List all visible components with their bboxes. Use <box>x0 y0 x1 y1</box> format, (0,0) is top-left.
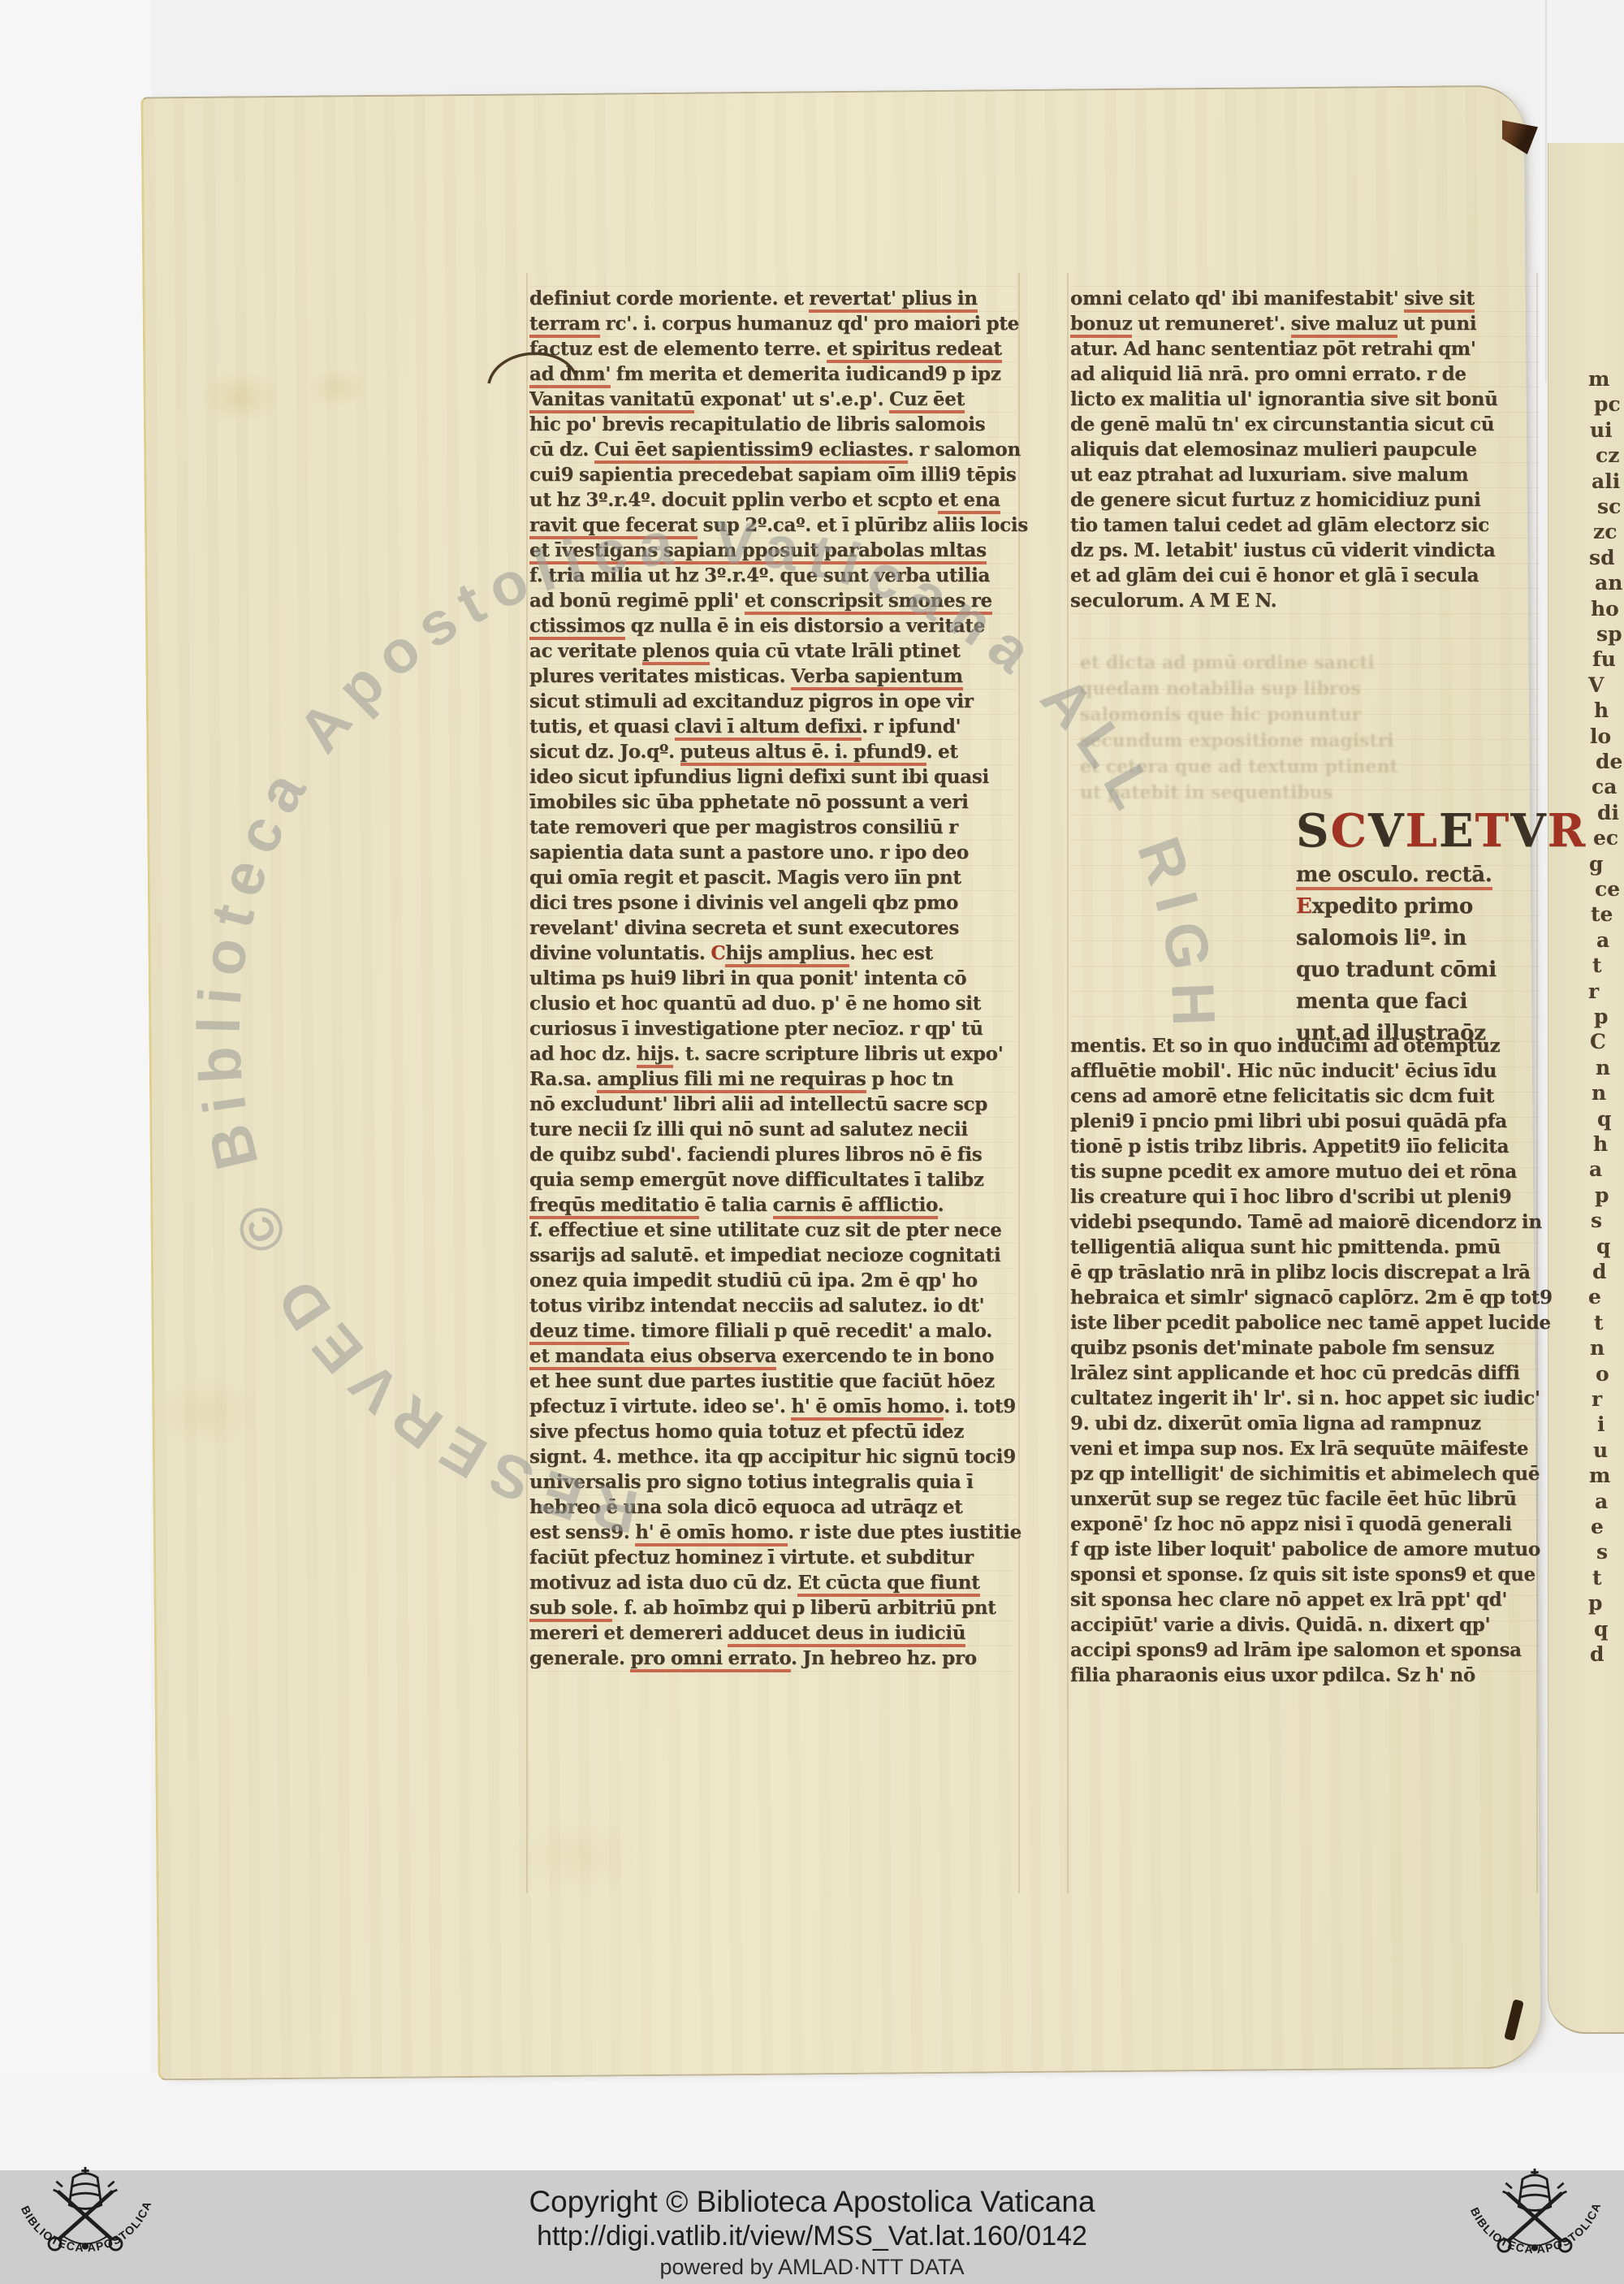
manuscript-line: accipi spons9 ad lrām ipe salomon et spo… <box>1070 1637 1540 1663</box>
manuscript-line: onez quia impedit studiū cū ipa. 2m ē qp… <box>529 1268 1017 1293</box>
manuscript-line: sponsi et sponse. ſz quis sit iste spons… <box>1070 1562 1540 1587</box>
manuscript-line: bonuz ut remuneret'. sive maluz ut puni <box>1070 311 1540 336</box>
manuscript-line: f. effectiue et sine utilitate cuz sit d… <box>529 1218 1017 1243</box>
manuscript-line: ad bonū regimē ppli' et conscripsit smon… <box>529 588 1017 613</box>
manuscript-line: mereri et demereri adducet deus in iudic… <box>529 1620 1017 1646</box>
manuscript-line: ad hoc dz. hijs. t. sacre scripture libr… <box>529 1041 1017 1066</box>
manuscript-line: hebreo ē una sola dicō equoca ad utrāqz … <box>529 1495 1017 1520</box>
manuscript-line: sub sole. f. ab hoīmbz qui p liberū arbi… <box>529 1595 1017 1620</box>
manuscript-line: cui9 sapientia precedebat sapiam oīm ill… <box>529 462 1017 487</box>
right-text-column-main: mentis. Et so in quo inducimī ad ōtemptu… <box>1070 1033 1540 1688</box>
manuscript-line: freqūs meditatio ē talia carnis ē afflic… <box>529 1192 1017 1218</box>
manuscript-line: de genere sicut furtuz z homicidiuz puni <box>1070 487 1540 513</box>
manuscript-line: 9. ubi dz. dixerūt omīa ligna ad rampnuz <box>1070 1411 1540 1436</box>
manuscript-line: mentis. Et so in quo inducimī ad ōtemptu… <box>1070 1033 1540 1058</box>
manuscript-line: factuz est de elemento terre. et spiritu… <box>529 336 1017 361</box>
manuscript-line: et īvestigans sapiam pposuit parabolas m… <box>529 538 1017 563</box>
manuscript-line: curiosus ī investigatione pter necīoz. r… <box>529 1016 1017 1041</box>
manuscript-line: ture necii ſz illi qui nō sunt ad salute… <box>529 1117 1017 1142</box>
footer-copyright: Copyright © Biblioteca Apostolica Vatica… <box>0 2185 1624 2219</box>
manuscript-line: telligentiā aliqua sunt hic pmittenda. p… <box>1070 1235 1540 1260</box>
manuscript-line: atur. Ad hanc sententiaz pōt retrahi qm' <box>1070 336 1540 361</box>
manuscript-line: īmobiles sic ūba pphetate nō possunt a v… <box>529 789 1017 815</box>
manuscript-line: ut eaz ptrahat ad luxuriam. sive malum <box>1070 462 1540 487</box>
manuscript-line: sive pfectus homo quia totuz et pfectū i… <box>529 1419 1017 1444</box>
manuscript-line: divine voluntatis. Chijs amplius. hec es… <box>529 941 1017 966</box>
incipit-lines: me osculo. rectā.Expedito primosalomois … <box>1296 859 1540 1049</box>
incipit-block: SCVLETVR me osculo. rectā.Expedito primo… <box>1296 802 1540 1049</box>
page-seam <box>1545 0 1547 382</box>
manuscript-line: terram rc'. i. corpus humanuz qd' pro ma… <box>529 311 1017 336</box>
manuscript-line: signt. 4. methce. ita qp accipitur hic s… <box>529 1444 1017 1469</box>
manuscript-line: sit sponsa hec clare nō appet ex lrā ppt… <box>1070 1587 1540 1612</box>
manuscript-line: tate removeri que per magistros consiliū… <box>529 815 1017 840</box>
manuscript-line: iste liber pcedit pabolice nec tamē appe… <box>1070 1310 1540 1335</box>
incipit-line: salomois liº. in <box>1296 923 1540 954</box>
footer-url: http://digi.vatlib.it/view/MSS_Vat.lat.1… <box>0 2221 1624 2252</box>
manuscript-line: omni celato qd' ibi manifestabit' sive s… <box>1070 286 1540 311</box>
manuscript-line: quibz psonis det'minate pabole fm sensuz <box>1070 1335 1540 1360</box>
manuscript-line: de genē malū tn' ex circunstantia sicut … <box>1070 412 1540 437</box>
vatican-library-logo-left: BIBLIOTECA APOSTOLICA VATICANA <box>8 2165 162 2284</box>
manuscript-line: lrālez sint applicande et hoc cū predcās… <box>1070 1360 1540 1386</box>
manuscript-line: et hee sunt due partes iustitie que faci… <box>529 1369 1017 1394</box>
manuscript-line: totus viribz intendat necciis ad salutez… <box>529 1293 1017 1318</box>
manuscript-line: hic po' brevis recapitulatio de libris s… <box>529 412 1017 437</box>
manuscript-line: veni et impa sup nos. Ex lrā sequūte māi… <box>1070 1436 1540 1461</box>
footer-powered-by: powered by AMLAD·NTT DATA <box>0 2255 1624 2280</box>
manuscript-line: affluētie mobil'. Hic nūc inducit' ēcius… <box>1070 1058 1540 1084</box>
manuscript-line: exponē' ſz hoc nō appz nisi ī quodā gene… <box>1070 1512 1540 1537</box>
manuscript-line: hebraica et simlr' signacō caplōrz. 2m ē… <box>1070 1285 1540 1310</box>
manuscript-line: generale. pro omni errato. Jn hebreo hz.… <box>529 1646 1017 1671</box>
manuscript-line: sicut stimuli ad excitanduz pigros in op… <box>529 689 1017 714</box>
manuscript-line: ut hz 3º.r.4º. docuit pplin verbo et scp… <box>529 487 1017 513</box>
background-bottom-band <box>0 2073 1624 2170</box>
manuscript-line: cultatez ingerit ih' lr'. si n. hoc appe… <box>1070 1386 1540 1411</box>
manuscript-line: seculorum. A M E N. <box>1070 588 1540 613</box>
manuscript-line: dici tres psone i divinis vel angeli qbz… <box>529 890 1017 915</box>
manuscript-line: ē qp trāslatio nrā in plibz locis discre… <box>1070 1260 1540 1285</box>
showthrough-ghost-text: et dicta ad pmū ordine sanctiquedam nota… <box>1080 650 1535 806</box>
manuscript-line: dz ps. M. letabit' iustus cū viderit vin… <box>1070 538 1540 563</box>
vatican-library-logo-right: BIBLIOTECA APOSTOLICA VATICANA <box>1458 2167 1612 2284</box>
manuscript-line: pz qp intelligit' de sichimitis et abime… <box>1070 1461 1540 1486</box>
manuscript-line: qui omīa regit et pascit. Magis vero iīn… <box>529 865 1017 890</box>
manuscript-line: clusio et hoc quantū ad duo. p' ē ne hom… <box>529 991 1017 1016</box>
incipit-line: me osculo. rectā. <box>1296 859 1540 891</box>
manuscript-line: revelant' divina secreta et sunt executo… <box>529 915 1017 941</box>
manuscript-line: ad aliquid liā nrā. pro omni errato. r d… <box>1070 361 1540 387</box>
column-boundary-line <box>1067 273 1069 1893</box>
manuscript-line: lis creature qui ī hoc libro d'scribi ut… <box>1070 1184 1540 1209</box>
manuscript-line: ideo sicut ipfundius ligni defixi sunt i… <box>529 764 1017 789</box>
background-left-strip <box>0 0 151 2170</box>
manuscript-line: universalis pro signo totius integralis … <box>529 1469 1017 1495</box>
manuscript-line: ctissimos qz nulla ē in eis distorsio a … <box>529 613 1017 638</box>
manuscript-line: pfectuz ī virtute. ideo se'. h' ē omīs h… <box>529 1394 1017 1419</box>
manuscript-line: motivuz ad ista duo cū dz. Et cūcta que … <box>529 1570 1017 1595</box>
column-boundary-line <box>526 273 528 1893</box>
manuscript-line: cens ad amorē etne felicitatis sic dcm f… <box>1070 1084 1540 1109</box>
next-page-text-fragments: mpcuiczalisczcsdanhospfuVhlodecadiecgcet… <box>1583 367 1624 1683</box>
incipit-line: quo tradunt cōmi <box>1296 954 1540 986</box>
manuscript-line: f qp iste liber loquit' pabolice de amor… <box>1070 1537 1540 1562</box>
manuscript-line: est sens9. h' ē omīs homo. r iste due pt… <box>529 1520 1017 1545</box>
manuscript-line: et ad glām dei cui ē honor et glā ī secu… <box>1070 563 1540 588</box>
manuscript-line: sicut dz. Jo.qº. puteus altus ē. i. pfun… <box>529 739 1017 764</box>
incipit-line: menta que faci <box>1296 986 1540 1018</box>
manuscript-line: videbi psequndo. Tamē ad maiorē dicendor… <box>1070 1209 1540 1235</box>
incipit-line: Expedito primo <box>1296 891 1540 923</box>
manuscript-line: f. tria milia ut hz 3º.r.4º. que sunt ve… <box>529 563 1017 588</box>
manuscript-line: et mandata eius observa exercendo te in … <box>529 1343 1017 1369</box>
manuscript-line: accipiūt' varie a divis. Quidā. n. dixer… <box>1070 1612 1540 1637</box>
manuscript-line: ssarijs ad salutē. et impediat necioze c… <box>529 1243 1017 1268</box>
manuscript-line: filia pharaonis eius uxor pdilca. Sz h' … <box>1070 1663 1540 1688</box>
manuscript-line: faciūt pfectuz hominez ī virtute. et sub… <box>529 1545 1017 1570</box>
manuscript-line: tio tamen talui cedet ad glām electorz s… <box>1070 513 1540 538</box>
manuscript-line: sapientia data sunt a pastore uno. r ipo… <box>529 840 1017 865</box>
right-text-column-top: omni celato qd' ibi manifestabit' sive s… <box>1070 286 1540 613</box>
manuscript-line: ultima ps hui9 libri in qua ponit' inten… <box>529 966 1017 991</box>
manuscript-line: tutis, et quasi clavi ī altum defixi. r … <box>529 714 1017 739</box>
manuscript-line: Ra.sa. amplius fili mi ne requiras p hoc… <box>529 1066 1017 1092</box>
manuscript-line: pleni9 ī pncio pmi libri ubi posui quādā… <box>1070 1109 1540 1134</box>
manuscript-line: tis supne pcedit ex amore mutuo dei et r… <box>1070 1159 1540 1184</box>
footer-bar: Copyright © Biblioteca Apostolica Vatica… <box>0 2170 1624 2284</box>
manuscript-line: cū dz. Cui ēet sapientissim9 ecliastes. … <box>529 437 1017 462</box>
manuscript-line: nō excludunt' libri alii ad intellectū s… <box>529 1092 1017 1117</box>
manuscript-line: ad dnm' fm merita et demerita iudicand9 … <box>529 361 1017 387</box>
left-text-column: definiut corde moriente. et revertat' pl… <box>529 286 1017 1671</box>
manuscript-line: aliquis dat elemosinaz mulieri paupcule <box>1070 437 1540 462</box>
manuscript-line: Vanitas vanitatū exponat' ut s'.e.p'. Cu… <box>529 387 1017 412</box>
manuscript-line: tionē p istis tribz libris. Appetit9 iīo… <box>1070 1134 1540 1159</box>
manuscript-line: licto ex malitia ul' ignorantia sive sit… <box>1070 387 1540 412</box>
digitized-manuscript-viewer: definiut corde moriente. et revertat' pl… <box>0 0 1624 2284</box>
incipit-heading-osculetur: SCVLETVR <box>1296 802 1540 859</box>
manuscript-line: plures veritates misticas. Verba sapient… <box>529 664 1017 689</box>
manuscript-line: ravit que fecerat sup 2º.caº. et ī plūri… <box>529 513 1017 538</box>
manuscript-line: ac veritate plenos quia cū vtate lrāli p… <box>529 638 1017 664</box>
manuscript-line: unxerūt sup se regez tūc facile ēet hūc … <box>1070 1486 1540 1512</box>
manuscript-line: definiut corde moriente. et revertat' pl… <box>529 286 1017 311</box>
manuscript-line: deuz time. timore filiali p quē recedit'… <box>529 1318 1017 1343</box>
manuscript-line: de quibz subd'. faciendi plures libros n… <box>529 1142 1017 1167</box>
manuscript-line: quia semp emergūt nove difficultates ī t… <box>529 1167 1017 1192</box>
